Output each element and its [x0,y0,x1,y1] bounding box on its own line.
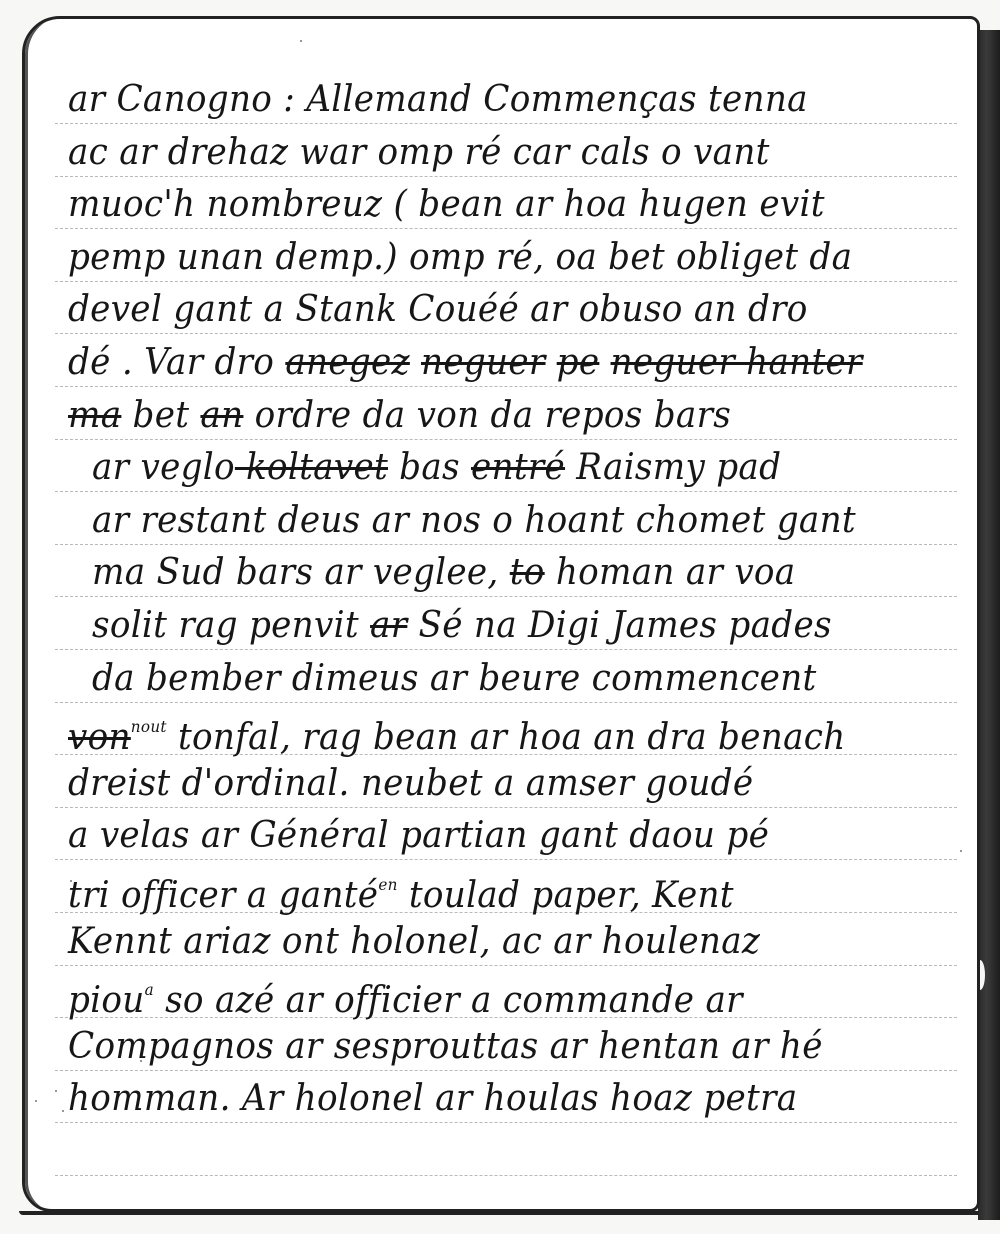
paper-speck [960,850,962,852]
text-segment [599,342,610,383]
inserted-word: en [378,875,397,894]
text-segment: ar restant deus ar nos o hoant chomet ga… [92,500,856,541]
struck-word: ma [68,395,121,436]
text-segment: bas [388,447,471,488]
text-segment: dreist d'ordinal. neubet a amser goudé [68,763,753,804]
text-line: ar Canogno : Allemand Commenças tenna [68,76,925,124]
text-segment: Compagnos ar sesprouttas ar hentan ar hé [68,1026,823,1067]
text-line: pemp unan demp.) omp ré, oa bet obliget … [68,234,925,282]
text-segment: ar veglo [92,447,235,488]
text-segment: homan ar voa [545,552,796,593]
text-line: devel gant a Stank Couéé ar obuso an dro [68,286,925,334]
text-segment: da bember dimeus ar beure commencent [92,658,817,699]
text-line: dreist d'ordinal. neubet a amser goudé [68,760,925,808]
struck-word: pe [557,342,600,383]
paper-speck [140,1060,142,1062]
text-line: ma bet an ordre da von da repos bars [68,392,925,440]
struck-word: entré [471,447,565,488]
struck-word: neguer [421,342,545,383]
text-line: ar veglo koltavet bas entré Raismy pad [92,444,926,492]
text-line: vonnout tonfal, rag bean ar hoa an dra b… [68,707,925,762]
text-segment: piou [68,980,145,1021]
struck-word: anegez [285,342,410,383]
paper-speck [70,880,72,882]
text-segment: homman. Ar holonel ar houlas hoaz petra [68,1078,797,1119]
text-line: ac ar drehaz war omp ré car cals o vant [68,129,925,177]
text-line: dé . Var dro anegez neguer pe neguer han… [68,339,925,387]
text-segment: tri officer a ganté [68,875,378,916]
text-line: Compagnos ar sesprouttas ar hentan ar hé [68,1023,925,1071]
text-segment: Sé na Digi James pades [407,605,831,646]
text-segment: Raismy pad [565,447,781,488]
text-line: ar restant deus ar nos o hoant chomet ga… [92,497,926,545]
inserted-word: nout [131,717,167,736]
text-segment: ar Canogno : Allemand Commenças tenna [68,79,808,120]
text-line: homman. Ar holonel ar houlas hoaz petra [68,1075,925,1123]
text-line: muoc'h nombreuz ( bean ar hoa hugen evit [68,181,925,229]
text-segment: solit rag penvit [92,605,370,646]
struck-word: neguer hanter [611,342,863,383]
struck-word: ar [370,605,407,646]
struck-word: koltavet [235,447,388,488]
struck-word: von [68,717,131,758]
struck-word: to [510,552,545,593]
text-segment: ma Sud bars ar veglee, [92,552,510,593]
paper-speck [55,1090,57,1092]
text-segment: Kennt ariaz ont holonel, ac ar houlenaz [68,921,760,962]
text-segment: so azé ar officier a commande ar [154,980,743,1021]
text-segment: bet [121,395,200,436]
text-line: tri officer a gantéen toulad paper, Kent [68,865,925,920]
paper-speck [62,1110,64,1112]
text-segment: pemp unan demp.) omp ré, oa bet obliget … [68,237,852,278]
text-line: ma Sud bars ar veglee, to homan ar voa [92,549,926,597]
text-segment [410,342,421,383]
text-segment: devel gant a Stank Couéé ar obuso an dro [68,289,808,330]
struck-word: an [200,395,243,436]
text-segment: tonfal, rag bean ar hoa an dra benach [167,717,846,758]
text-line: da bember dimeus ar beure commencent [92,655,926,703]
inserted-word: a [145,980,154,999]
text-segment: ac ar drehaz war omp ré car cals o vant [68,132,770,173]
paper-speck [720,790,722,792]
text-segment: muoc'h nombreuz ( bean ar hoa hugen evit [68,184,825,225]
paper-speck [35,1100,37,1102]
text-line: a velas ar Général partian gant daou pé [68,812,925,860]
text-segment: ordre da von da repos bars [243,395,731,436]
ruled-line [55,1175,957,1176]
text-segment: toulad paper, Kent [398,875,734,916]
notebook-spine [978,30,1000,1220]
text-segment: dé . Var dro [68,342,285,383]
paper-speck [300,40,302,42]
text-segment [546,342,557,383]
text-line: pioua so azé ar officier a commande ar [68,970,925,1025]
text-line: Kennt ariaz ont holonel, ac ar houlenaz [68,918,925,966]
text-segment: a velas ar Général partian gant daou pé [68,815,769,856]
text-line: solit rag penvit ar Sé na Digi James pad… [92,602,926,650]
